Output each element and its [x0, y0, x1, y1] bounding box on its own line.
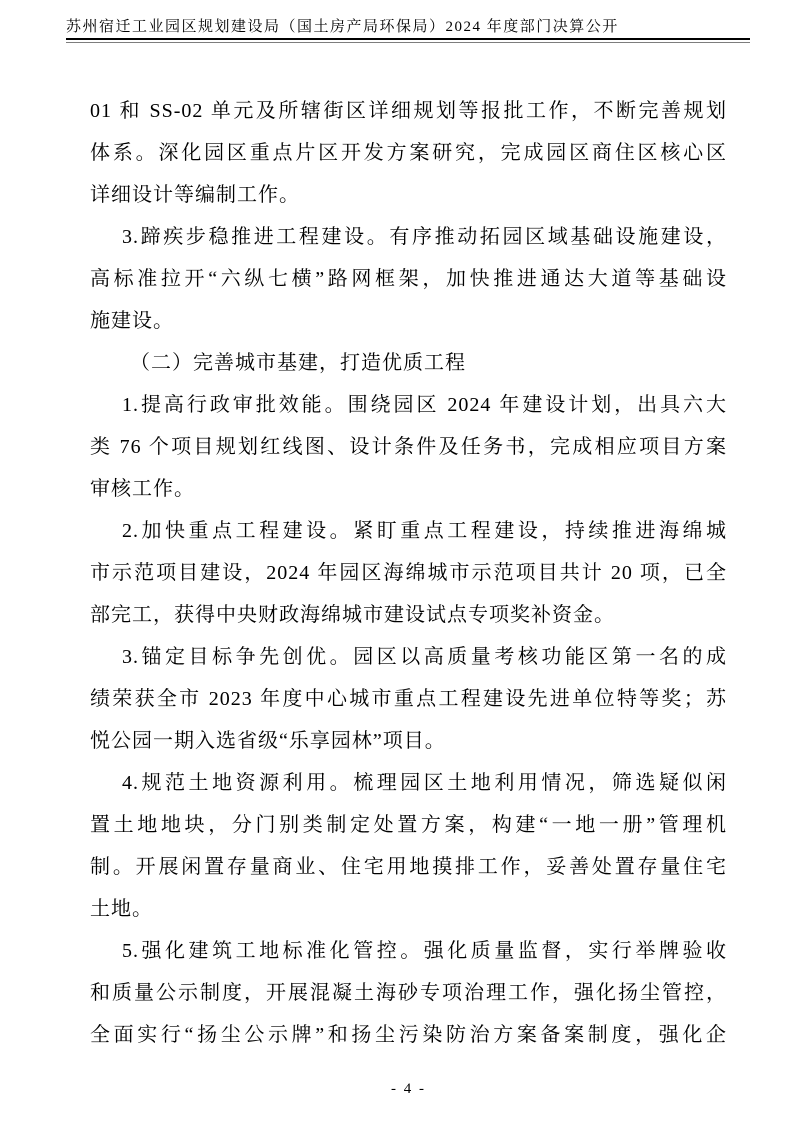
header-title: 苏州宿迁工业园区规划建设局（国土房产局环保局）2024 年度部门决算公开	[66, 19, 750, 36]
text-line: 市示范项目建设，2024 年园区海绵城市示范项目共计 20 项，已全	[90, 552, 727, 594]
section-heading: （二）完善城市基建，打造优质工程	[90, 342, 727, 384]
text-line: 体系。深化园区重点片区开发方案研究，完成园区商住区核心区	[90, 132, 727, 174]
text-line: 4.规范土地资源利用。梳理园区土地利用情况，筛选疑似闲	[90, 762, 727, 804]
text-line: 高标准拉开“六纵七横”路网框架，加快推进通达大道等基础设	[90, 258, 727, 300]
text-line: 1.提高行政审批效能。围绕园区 2024 年建设计划，出具六大	[90, 384, 727, 426]
text-line: 详细设计等编制工作。	[90, 174, 727, 216]
paragraph: 5.强化建筑工地标准化管控。强化质量监督，实行举牌验收和质量公示制度，开展混凝土…	[90, 930, 727, 1056]
paragraph: 4.规范土地资源利用。梳理园区土地利用情况，筛选疑似闲置土地地块，分门别类制定处…	[90, 762, 727, 930]
text-line: 和质量公示制度，开展混凝土海砂专项治理工作，强化扬尘管控，	[90, 972, 727, 1014]
text-line: 部完工，获得中央财政海绵城市建设试点专项奖补资金。	[90, 594, 727, 636]
text-line: 3.锚定目标争先创优。园区以高质量考核功能区第一名的成	[90, 636, 727, 678]
header-rule	[66, 38, 750, 43]
text-line: 3.蹄疾步稳推进工程建设。有序推动拓园区域基础设施建设，	[90, 216, 727, 258]
text-line: 01 和 SS-02 单元及所辖街区详细规划等报批工作，不断完善规划	[90, 90, 727, 132]
text-line: 施建设。	[90, 300, 727, 342]
text-line: 置土地地块，分门别类制定处置方案，构建“一地一册”管理机	[90, 804, 727, 846]
text-line: 绩荣获全市 2023 年度中心城市重点工程建设先进单位特等奖；苏	[90, 678, 727, 720]
page-footer: - 4 -	[90, 1081, 727, 1098]
paragraph: 3.蹄疾步稳推进工程建设。有序推动拓园区域基础设施建设，高标准拉开“六纵七横”路…	[90, 216, 727, 342]
text-line: （二）完善城市基建，打造优质工程	[90, 342, 727, 384]
text-line: 2.加快重点工程建设。紧盯重点工程建设，持续推进海绵城	[90, 510, 727, 552]
page-number: - 4 -	[391, 1081, 426, 1097]
text-line: 土地。	[90, 888, 727, 930]
paragraph: 1.提高行政审批效能。围绕园区 2024 年建设计划，出具六大类 76 个项目规…	[90, 384, 727, 510]
text-line: 全面实行“扬尘公示牌”和扬尘污染防治方案备案制度，强化企	[90, 1014, 727, 1056]
paragraph: 2.加快重点工程建设。紧盯重点工程建设，持续推进海绵城市示范项目建设，2024 …	[90, 510, 727, 636]
paragraph: 01 和 SS-02 单元及所辖街区详细规划等报批工作，不断完善规划体系。深化园…	[90, 90, 727, 216]
text-line: 类 76 个项目规划红线图、设计条件及任务书，完成相应项目方案	[90, 426, 727, 468]
document-body: 01 和 SS-02 单元及所辖街区详细规划等报批工作，不断完善规划体系。深化园…	[90, 90, 727, 1056]
text-line: 制。开展闲置存量商业、住宅用地摸排工作，妥善处置存量住宅	[90, 846, 727, 888]
text-line: 5.强化建筑工地标准化管控。强化质量监督，实行举牌验收	[90, 930, 727, 972]
text-line: 审核工作。	[90, 468, 727, 510]
page-header: 苏州宿迁工业园区规划建设局（国土房产局环保局）2024 年度部门决算公开	[66, 19, 750, 43]
document-page: 苏州宿迁工业园区规划建设局（国土房产局环保局）2024 年度部门决算公开 01 …	[0, 0, 793, 1122]
paragraph: 3.锚定目标争先创优。园区以高质量考核功能区第一名的成绩荣获全市 2023 年度…	[90, 636, 727, 762]
text-line: 悦公园一期入选省级“乐享园林”项目。	[90, 720, 727, 762]
